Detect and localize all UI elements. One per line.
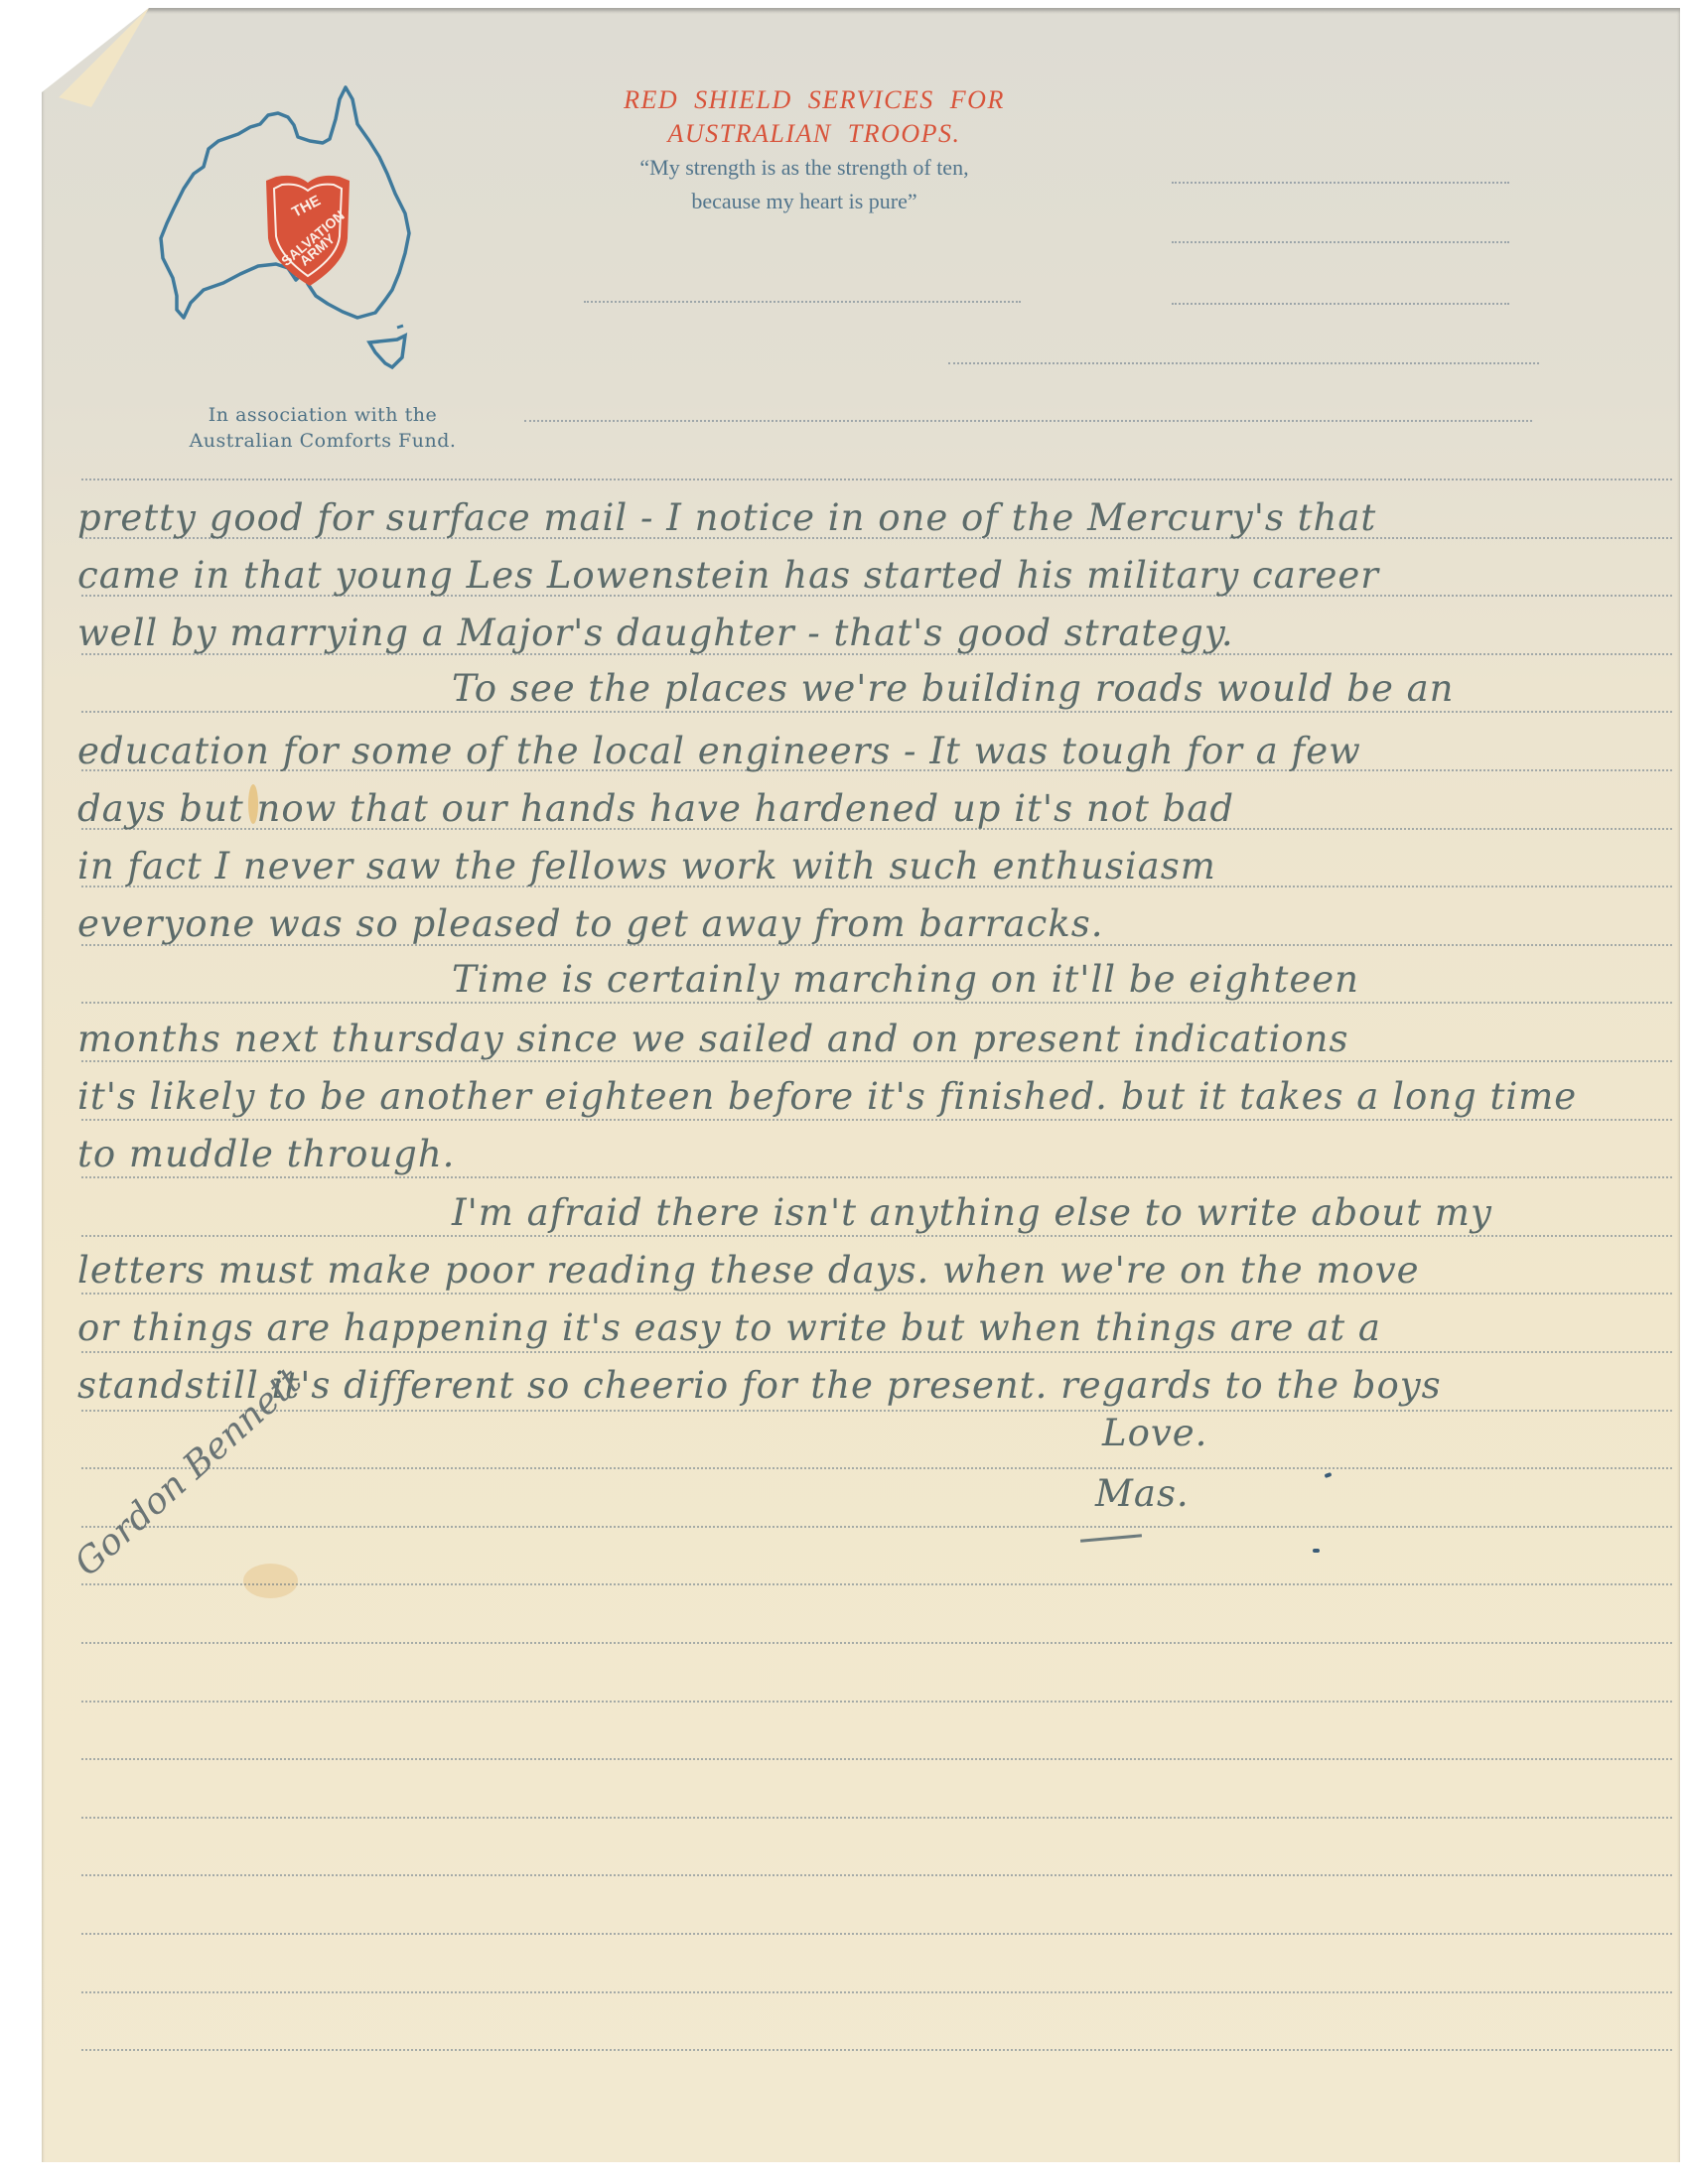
association-line-1: In association with the [159, 402, 487, 428]
ruled-line [81, 1758, 1672, 1760]
association-note: In association with the Australian Comfo… [159, 402, 487, 454]
tasmania-outline-icon [369, 336, 405, 367]
header-blank-line [1172, 182, 1509, 184]
letter-line: everyone was so pleased to get away from… [77, 902, 1104, 945]
stain-spot [243, 1564, 298, 1598]
header-blank-line [1172, 303, 1509, 305]
letter-line: To see the places we're building roads w… [452, 667, 1455, 710]
letter-signoff: Mas. [1095, 1472, 1190, 1515]
motto: “My strength is as the strength of ten, … [516, 151, 1092, 218]
ruled-line [81, 2049, 1672, 2051]
organization-title-line-1: RED SHIELD SERVICES FOR [536, 83, 1092, 117]
australia-map-logo: THE SALVATION ARMY [149, 69, 477, 397]
ruled-line [81, 478, 1672, 480]
association-line-2: Australian Comforts Fund. [159, 428, 487, 454]
letter-line: it's likely to be another eighteen befor… [77, 1075, 1577, 1118]
ruled-line [81, 1817, 1672, 1819]
ruled-line [81, 1351, 1672, 1353]
letter-line: pretty good for surface mail - I notice … [77, 496, 1376, 539]
salvation-army-shield-icon: THE SALVATION ARMY [266, 176, 350, 286]
ruled-line [81, 1235, 1672, 1237]
ruled-line [81, 1583, 1672, 1585]
letter-line: days but now that our hands have hardene… [77, 787, 1234, 830]
ruled-line [81, 1991, 1672, 1993]
motto-line-1: “My strength is as the strength of ten, [516, 151, 1092, 185]
ruled-line [81, 1933, 1672, 1935]
ruled-line [81, 1293, 1672, 1295]
letter-line: I'm afraid there isn't anything else to … [452, 1191, 1492, 1234]
ruled-line [81, 1467, 1672, 1469]
organization-title: RED SHIELD SERVICES FOR AUSTRALIAN TROOP… [536, 83, 1092, 151]
ruled-line [81, 1642, 1672, 1644]
ruled-line [81, 1410, 1672, 1412]
motto-line-2: because my heart is pure” [516, 185, 1092, 218]
ruled-line [81, 1176, 1672, 1178]
header-blank-line [948, 362, 1539, 364]
ruled-line [81, 1874, 1672, 1876]
organization-title-line-2: AUSTRALIAN TROOPS. [536, 117, 1092, 151]
ink-mark [1313, 1549, 1320, 1553]
ruled-line [81, 1119, 1672, 1121]
letter-line: Time is certainly marching on it'll be e… [452, 958, 1359, 1001]
ruled-line [81, 711, 1672, 713]
ruled-line [81, 1526, 1672, 1528]
letter-line: in fact I never saw the fellows work wit… [77, 845, 1216, 887]
letter-closing: Love. [1102, 1412, 1207, 1454]
letter-line: or things are happening it's easy to wri… [77, 1306, 1381, 1349]
header-blank-line [584, 301, 1021, 303]
ruled-line [81, 1002, 1672, 1004]
header-blank-line [1172, 241, 1509, 243]
ruled-line [81, 1060, 1672, 1062]
letter-line: letters must make poor reading these day… [77, 1249, 1420, 1292]
ruled-line [81, 1701, 1672, 1703]
header-blank-line [524, 420, 1532, 422]
letter-line: to muddle through. [77, 1133, 455, 1175]
letter-line: education for some of the local engineer… [77, 730, 1361, 772]
letter-line: came in that young Les Lowenstein has st… [77, 554, 1379, 597]
letter-line: well by marrying a Major's daughter - th… [77, 612, 1234, 654]
letter-line: months next thursday since we sailed and… [77, 1018, 1348, 1060]
